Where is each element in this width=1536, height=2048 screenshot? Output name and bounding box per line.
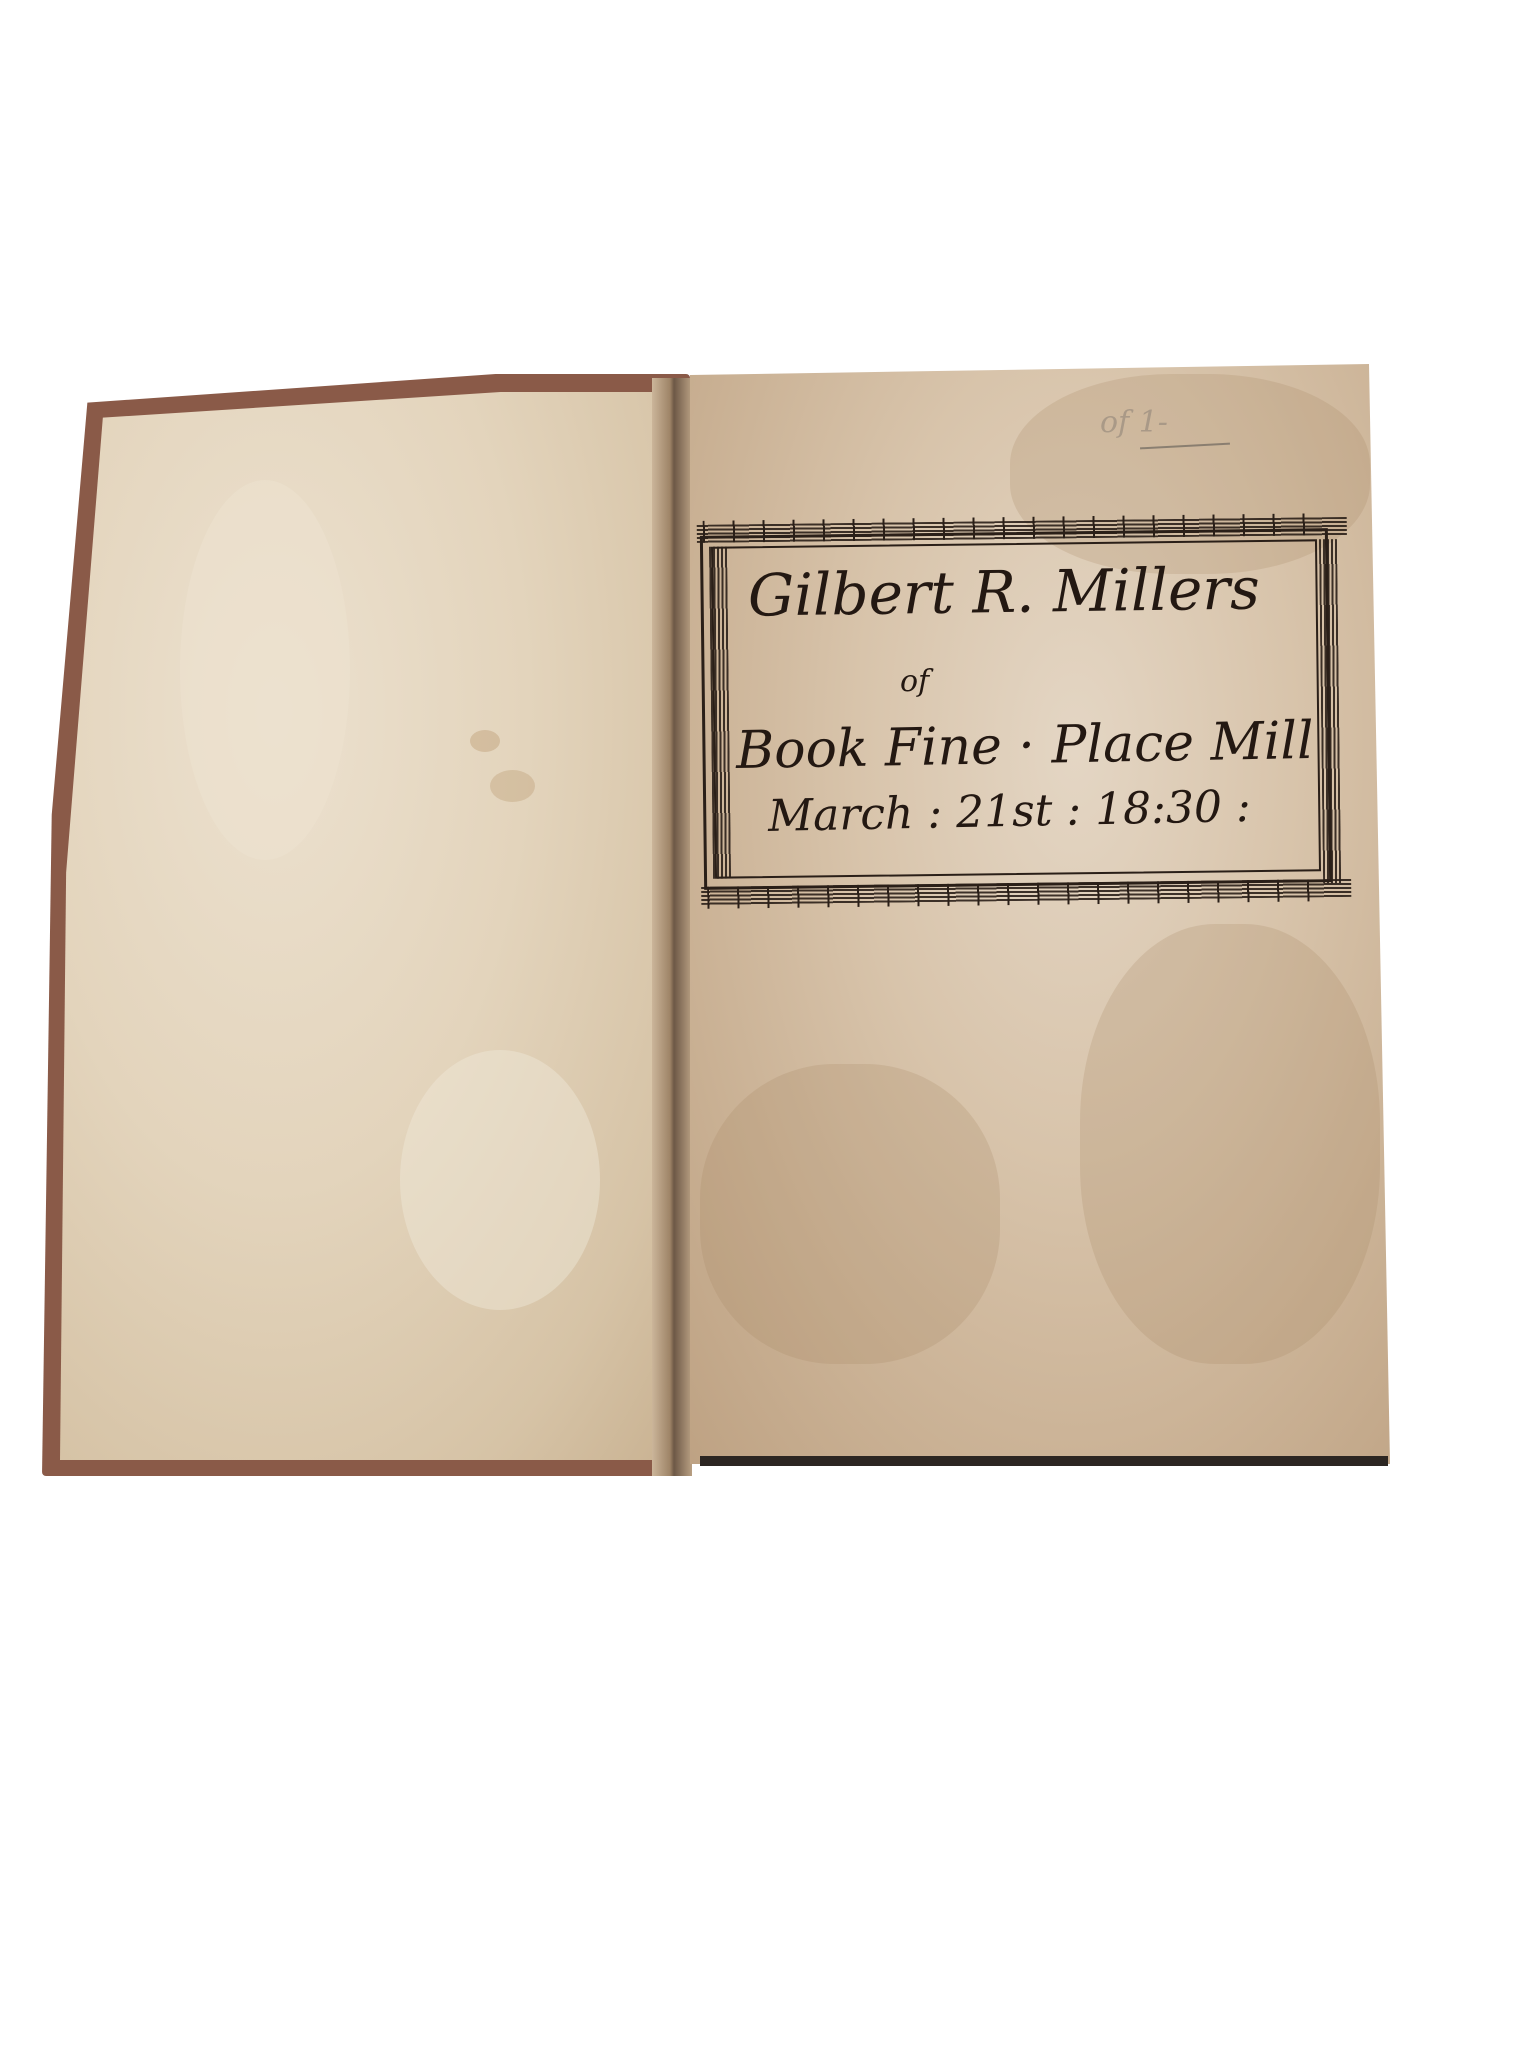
foxing-spot xyxy=(470,730,500,752)
page-edge-shadow xyxy=(700,1456,1388,1466)
music-staff-border xyxy=(709,547,731,879)
inscription-owner-name: Gilbert R. Millers xyxy=(748,554,1261,629)
book-spine-gutter xyxy=(652,378,692,1476)
water-stain xyxy=(1080,924,1380,1364)
water-stain xyxy=(180,480,350,860)
pastedown-endpaper xyxy=(60,392,672,1460)
inscription-of: of xyxy=(900,664,929,699)
inscription-book-place: Book Fine · Place Mill xyxy=(736,711,1315,781)
water-stain xyxy=(700,1064,1000,1364)
foxing-spot xyxy=(490,770,535,802)
inscription-date: March : 21st : 18:30 : xyxy=(768,781,1252,842)
pencil-note: of 1- xyxy=(1100,405,1220,445)
water-stain xyxy=(400,1050,600,1310)
